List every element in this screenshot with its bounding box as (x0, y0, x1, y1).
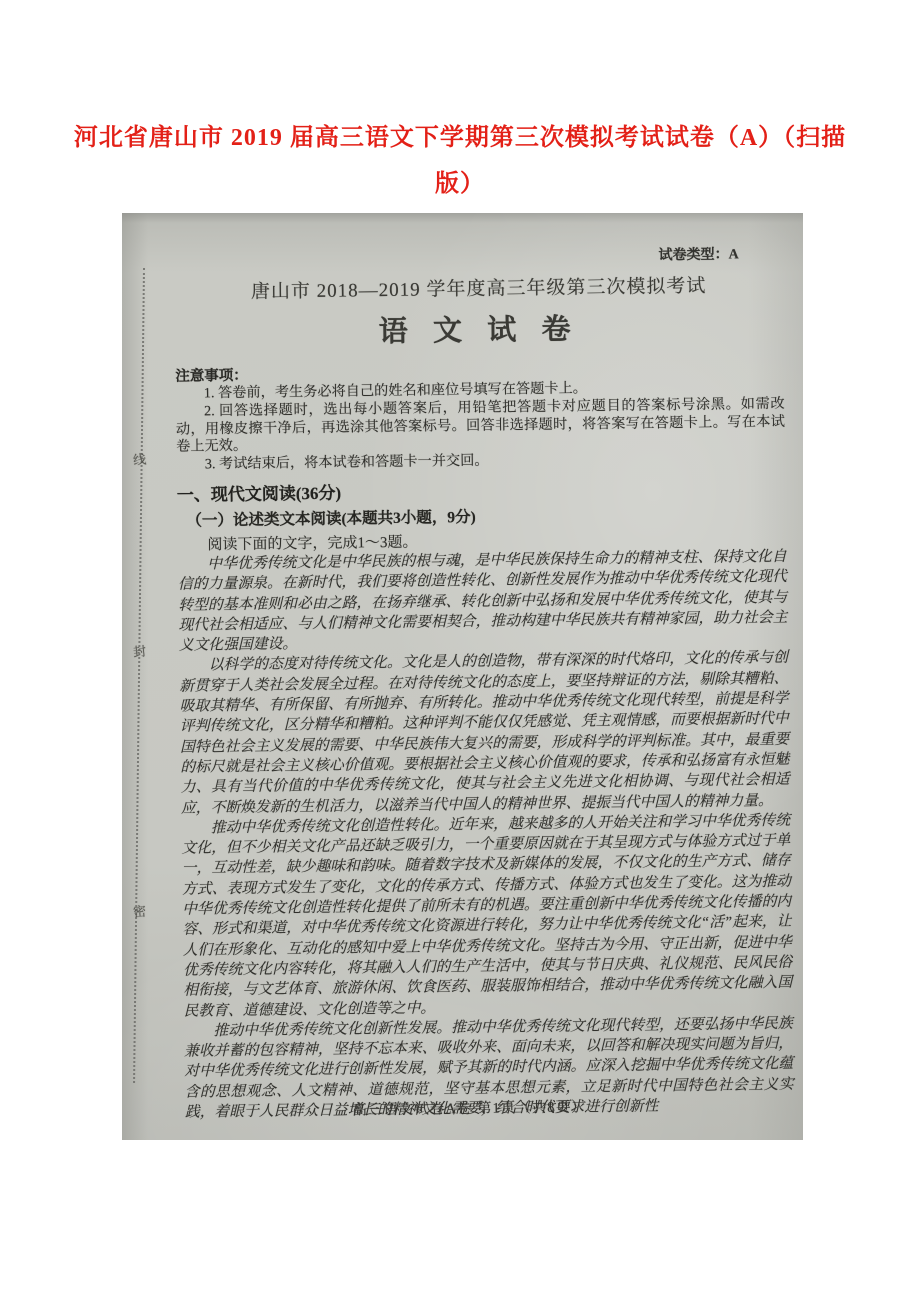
passage-paragraph-1: 中华优秀传统文化是中华民族的根与魂，是中华民族保持生命力的精神支柱、保持文化自信… (178, 547, 788, 656)
document-title-line1: 河北省唐山市 2019 届高三语文下学期第三次模拟考试试卷（A）（扫描 (60, 122, 860, 154)
subject-title: 语 文 试 卷 (174, 304, 783, 353)
document-title-line2: 版） (60, 168, 860, 200)
document-page: 河北省唐山市 2019 届高三语文下学期第三次模拟考试试卷（A）（扫描 版） 线… (0, 0, 920, 1302)
exam-session-title: 唐山市 2018—2019 学年度高三年级第三次模拟考试 (174, 270, 783, 305)
paper-type-label: 试卷类型：A (174, 243, 783, 271)
passage-paragraph-2: 以科学的态度对待传统文化。文化是人的创造物，带有深深的时代烙印，文化的传承与创新… (179, 648, 790, 818)
document-title: 河北省唐山市 2019 届高三语文下学期第三次模拟考试试卷（A）（扫描 版） (60, 122, 860, 200)
passage-paragraph-3: 推动中华优秀传统文化创造性转化。近年来，越来越多的人开始关注和学习中华优秀传统文… (181, 811, 793, 1022)
scan-content: 试卷类型：A 唐山市 2018—2019 学年度高三年级第三次模拟考试 语 文 … (122, 213, 803, 1140)
note-item-2: 2. 回答选择题时，选出每小题答案后，用铅笔把答题卡对应题目的答案标号涂黑。如需… (176, 396, 786, 457)
section-heading-modern-reading: 一、现代文阅读(36分) (177, 473, 786, 506)
scanned-exam-paper-image: 线 封 密 试卷类型：A 唐山市 2018—2019 学年度高三年级第三次模拟考… (122, 213, 803, 1140)
